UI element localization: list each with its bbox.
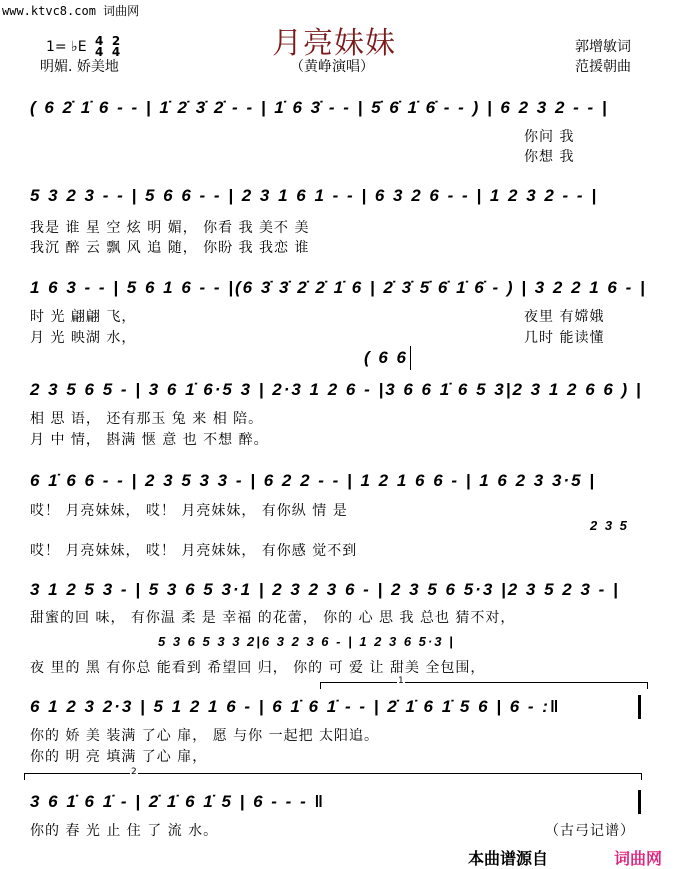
lyric-row-5-verse-1: 哎！ 月亮妹妹， 哎！ 月亮妹妹， 有你纵 情 是 (30, 500, 348, 520)
music-row-4: 2 3 5 6 5 - | 3 6 1̇ 6·5 3 | 2·3 1 2 6 -… (30, 380, 643, 400)
lyric-row-8: 你的 春 光 止 住 了 流 水。 (30, 820, 218, 840)
lyric-row-3-verse-2: 月 光 映湖 水， (30, 327, 136, 347)
volta-label-1: 1 (397, 676, 405, 686)
key-signature: 1= ♭E 44 24 (46, 36, 120, 58)
music-row-7: 6 1 2 3 2·3 | 5 1 2 1 6 - | 6 1̇ 6 1̇ - … (30, 697, 560, 717)
alt-lyric-row-6: 夜 里的 黑 有你总 能看到 希望回 归， 你的 可 爱 让 甜美 全包围， (30, 657, 485, 677)
final-barline (638, 790, 641, 814)
source-label: 本曲谱源自 (468, 846, 548, 869)
lyric-row-1-verse-1: 你问 我 (524, 126, 574, 146)
music-row-5: 6 1̇ 6 6 - - | 2 3 5 3 3 - | 6 2 2 - - |… (30, 471, 596, 491)
lyric-row-3-right-verse-2: 几时 能读懂 (524, 327, 604, 347)
time-signature-4-4: 44 (95, 36, 103, 58)
source-site-link[interactable]: 词曲网 (614, 846, 662, 869)
repeat-barline (638, 695, 641, 719)
volta-label-2: 2 (130, 767, 138, 777)
site-watermark: www.ktvc8.com 词曲网 (2, 2, 139, 19)
time-signature-2-4: 24 (112, 36, 120, 58)
lyricist: 郭增敏词 (575, 36, 631, 56)
lyric-row-1-verse-2: 你想 我 (524, 146, 574, 166)
barline (410, 346, 411, 370)
style-marking: 明媚. 娇美地 (40, 56, 119, 76)
music-row-8: 3 6 1̇ 6 1̇ - | 2̇ 1̇ 6 1̇ 5 | 6 - - - ‖ (30, 792, 325, 812)
music-row-1: ( 6 2̇ 1̇ 6 - - | 1̇ 2̇ 3̇ 2̇ - - | 1̇ 6… (30, 98, 609, 118)
lyric-row-4-verse-2: 月 中 情， 斟满 惬 意 也 不想 醉。 (30, 429, 269, 449)
lyric-row-2-verse-2: 我沉 醉 云 飘 风 追 随， 你盼 我 我恋 谁 (30, 237, 310, 257)
music-row-2: 5 3 2 3 - - | 5 6 6 - - | 2 3 1 6 1 - - … (30, 186, 598, 206)
lyric-row-3-verse-1: 时 光 翩翩 飞， (30, 306, 136, 326)
alt-music-row-6: 5 3 6 5 3 3 2|6 3 2 3 6 - | 1 2 3 6 5·3 … (158, 634, 455, 649)
notation-credit: （古弓记谱） (545, 820, 635, 840)
lyric-row-2-verse-1: 我是 谁 星 空 炫 明 媚， 你看 我 美不 美 (30, 217, 310, 237)
pickup-notes: ( 6 6 (364, 348, 408, 368)
lyric-row-3-right-verse-1: 夜里 有嫦娥 (524, 306, 604, 326)
lyric-row-7-verse-2: 你的 明 亮 填满 了心 扉， (30, 746, 207, 766)
music-row-6: 3 1 2 5 3 - | 5 3 6 5 3·1 | 2 3 2 3 6 - … (30, 580, 620, 600)
key-label: 1= ♭E (46, 39, 87, 55)
performer: （黄峥演唱） (290, 56, 374, 76)
lyric-row-7-verse-1: 你的 娇 美 装满 了心 扉， 愿 与你 一起把 太阳追。 (30, 725, 379, 745)
composer: 范援朝曲 (575, 56, 631, 76)
lyric-row-5-verse-2: 哎！ 月亮妹妹， 哎！ 月亮妹妹， 有你感 觉不到 (30, 540, 357, 560)
volta-bracket-2 (24, 773, 642, 780)
lyric-row-4-verse-1: 相 思 语， 还有那玉 兔 来 相 陪。 (30, 408, 263, 428)
lyric-row-6-verse-1: 甜蜜的回 味， 有你温 柔 是 幸福 的花蕾， 你的 心 思 我 总也 猜不对， (30, 607, 515, 627)
music-row-3: 1 6 3 - - | 5 6 1 6 - - |(6 3̇ 3̇ 2̇ 2̇ … (30, 278, 647, 298)
alt-notes: 2 3 5 (590, 518, 629, 533)
volta-bracket-1 (320, 682, 648, 689)
